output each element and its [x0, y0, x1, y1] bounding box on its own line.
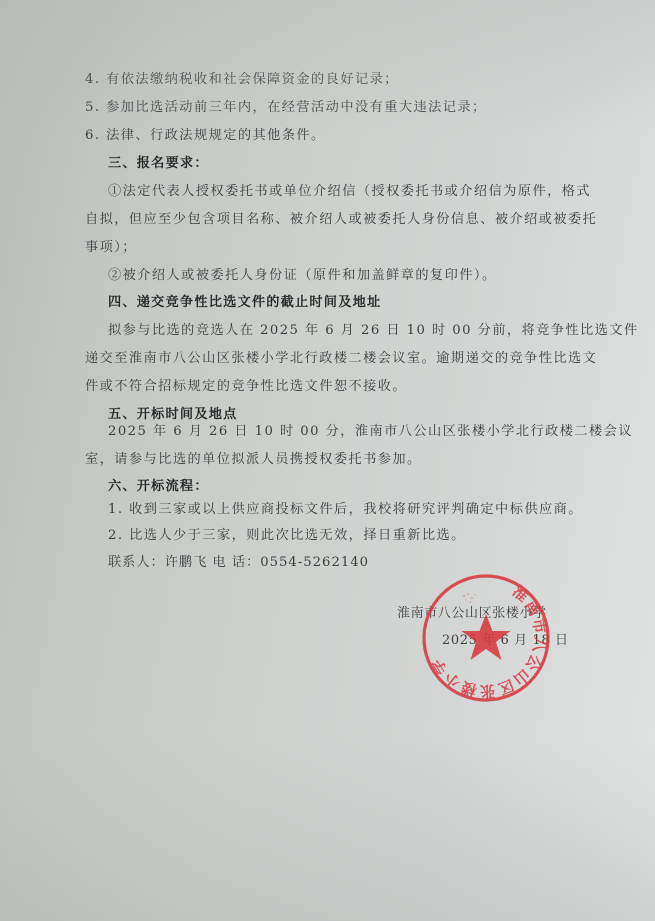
section-5-para-line-2: 室，请参与比选的单位拟派人员携授权委托书参加。	[85, 450, 555, 470]
section-4-para-line-1: 拟参与比选的竞选人在 2025 年 6 月 26 日 10 时 00 分前，将竞…	[108, 321, 578, 341]
section-3-item-1-line-2: 自拟，但应至少包含项目名称、被介绍人或被委托人身份信息、被介绍或被委托	[85, 210, 555, 230]
section-5-para-line-1: 2025 年 6 月 26 日 10 时 00 分，淮南市八公山区张楼小学北行政…	[108, 422, 578, 442]
requirement-5: 5. 参加比选活动前三年内，在经营活动中没有重大违法记录；	[85, 98, 555, 118]
section-6-heading: 六、开标流程：	[108, 477, 578, 497]
section-3-heading: 三、报名要求：	[108, 154, 578, 174]
section-3-item-1-line-1: ①法定代表人授权委托书或单位介绍信（授权委托书或介绍信为原件，格式	[108, 182, 578, 202]
star-icon	[462, 614, 511, 660]
document-page: ​ 4. 有依法缴纳税收和社会保障资金的良好记录； 5. 参加比选活动前三年内，…	[0, 0, 655, 921]
section-4-heading: 四、递交竞争性比选文件的截止时间及地址	[108, 293, 578, 313]
section-6-item-1: 1. 收到三家或以上供应商投标文件后，我校将研究评判确定中标供应商。	[108, 500, 578, 520]
requirement-4: 4. 有依法缴纳税收和社会保障资金的良好记录；	[85, 70, 555, 90]
requirement-6: 6. 法律、行政法规规定的其他条件。	[85, 126, 555, 146]
section-3-item-2: ②被介绍人或被委托人身份证（原件和加盖鲜章的复印件）。	[108, 266, 578, 286]
section-3-item-1-line-3: 事项）；	[85, 238, 555, 258]
official-seal-stamp: 淮南市八公山区张楼小学	[420, 572, 552, 704]
section-6-item-2: 2. 比选人少于三家，则此次比选无效，择日重新比选。	[108, 526, 578, 546]
section-4-para-line-2: 递交至淮南市八公山区张楼小学北行政楼二楼会议室。逾期递交的竞争性比选文	[85, 349, 555, 369]
section-4-para-line-3: 件或不符合招标规定的竞争性比选文件恕不接收。	[85, 377, 555, 397]
contact-line: 联系人：许鹏飞 电 话：0554-5262140	[108, 553, 578, 573]
